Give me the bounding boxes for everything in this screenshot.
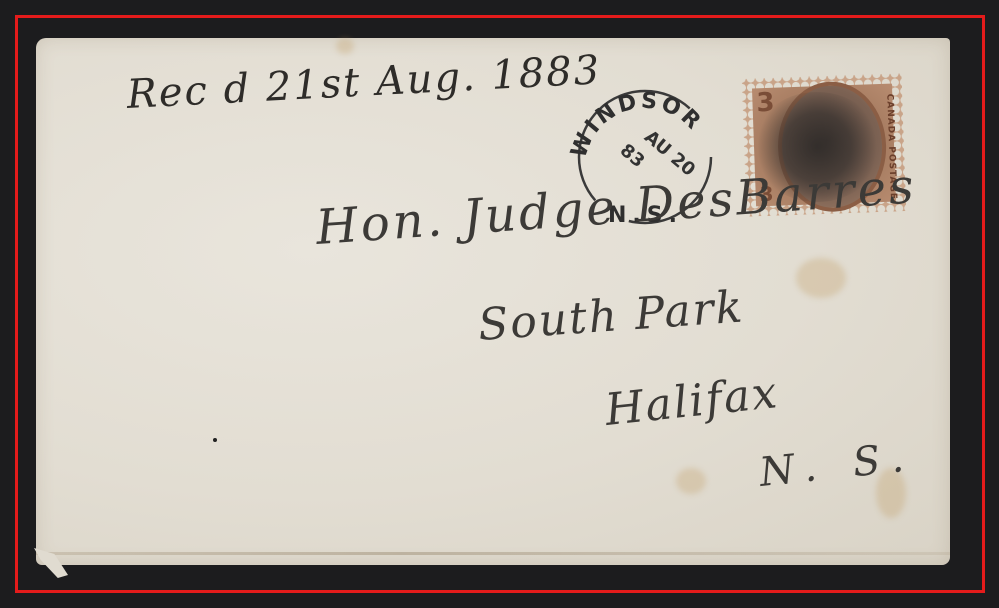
paper-stain	[796, 258, 846, 298]
paper-stain	[336, 38, 354, 54]
ink-speck	[213, 438, 217, 442]
paper-stain	[676, 468, 706, 494]
